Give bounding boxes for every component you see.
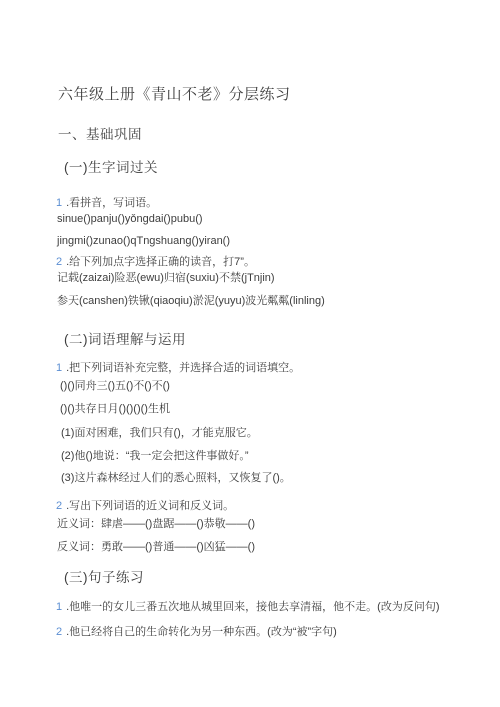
question-text: .看拼音，写词语。 <box>66 197 157 209</box>
question-text: .他唯一的女儿三番五次地从城里回来，接他去享清福，他不走。(改为反问句) <box>66 601 439 613</box>
question-line: 2.给下列加点字选择正确的读音，打7”。 <box>56 251 255 270</box>
question-text: .他已经将自己的生命转化为另一种东西。(改为“被”字句) <box>66 626 337 638</box>
phonetic-choice-line: 记载(zaizai)险恶(ewu)归宿(suxiu)不禁(jTnjin) <box>57 272 275 285</box>
question-text: .写出下列词语的近义词和反义词。 <box>66 500 234 512</box>
pinyin-line: sinue()panju()yǒngdai()pubu() <box>57 213 203 226</box>
fill-blank-line: ()()共存日月()()()()生机 <box>60 403 170 416</box>
antonym-line: 反义词：勇敢——()普通——()凶猛——() <box>57 541 255 554</box>
question-number: 2 <box>56 256 62 268</box>
worksheet-page: 六年级上册《青山不老》分层练习 一、基础巩固 (一)生字词过关 1.看拼音，写词… <box>0 0 500 707</box>
synonym-line: 近义词：肆虐——()盘踞——()恭敬——() <box>57 518 255 531</box>
sub-item-line: (2)他()地说：“我一定会把这件事做好。” <box>61 450 249 463</box>
subsection-heading-sentences: (三)句子练习 <box>64 570 144 586</box>
pinyin-line: jingmi()zunao()qTngshuang()yiran() <box>57 235 230 248</box>
question-line: 2.写出下列词语的近义词和反义词。 <box>56 495 234 514</box>
question-text: .把下列词语补充完整，并选择合适的词语填空。 <box>66 362 300 374</box>
section-heading-basics: 一、基础巩固 <box>58 127 142 143</box>
subsection-heading-words: (二)词语理解与运用 <box>64 332 186 348</box>
question-line: 1.他唯一的女儿三番五次地从城里回来，接他去享清福，他不走。(改为反问句) <box>56 596 440 615</box>
question-text: .给下列加点字选择正确的读音，打7”。 <box>66 256 255 268</box>
question-number: 1 <box>56 197 62 209</box>
question-number: 1 <box>56 601 62 613</box>
question-line: 1.看拼音，写词语。 <box>56 192 157 211</box>
sub-item-line: (1)面对困难，我们只有()，才能克服它。 <box>61 427 258 440</box>
question-number: 1 <box>56 362 62 374</box>
phonetic-choice-line: 参天(canshen)铁锹(qiaoqiu)淤泥(yuyu)波光粼粼(linli… <box>57 295 325 308</box>
subsection-heading-characters: (一)生字词过关 <box>64 160 158 176</box>
question-line: 1.把下列词语补充完整，并选择合适的词语填空。 <box>56 357 300 376</box>
question-number: 2 <box>56 500 62 512</box>
question-number: 2 <box>56 626 62 638</box>
question-line: 2.他已经将自己的生命转化为另一种东西。(改为“被”字句) <box>56 621 337 640</box>
sub-item-line: (3)这片森林经过人们的悉心照料，又恢复了()。 <box>61 472 291 485</box>
document-title: 六年级上册《青山不老》分层练习 <box>58 86 291 104</box>
fill-blank-line: ()()同舟三()五()不()不() <box>60 380 170 393</box>
